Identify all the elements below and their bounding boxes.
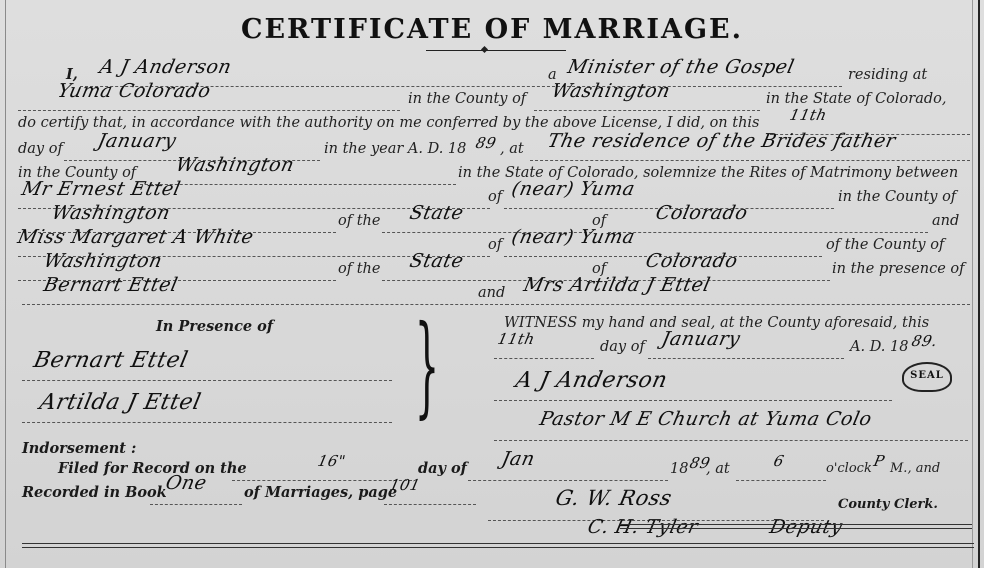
line9-of-the: of the — [338, 258, 380, 280]
witness-ad: A. D. 18 — [850, 336, 908, 358]
filed-prefix: Filed for Record on the — [58, 458, 247, 480]
indorsement-label: Indorsement : — [22, 438, 136, 460]
seal-emblem: SEAL — [902, 362, 952, 392]
certificate-page: CERTIFICATE OF MARRIAGE. I, A J Anderson… — [0, 0, 984, 568]
witness-year-suffix: 89. — [910, 332, 939, 350]
filed-month: Jan — [500, 448, 537, 470]
officiant-office: Pastor M E Church at Yuma Colo — [538, 408, 874, 430]
footer-rule-top — [22, 543, 974, 544]
line9-suffix: in the presence of — [832, 258, 965, 280]
bride-residence: (near) Yuma — [510, 226, 637, 248]
witness-month: January — [660, 328, 743, 350]
day-value: 11th — [788, 106, 829, 124]
title-ornament-diamond — [481, 46, 488, 53]
deputy-rule-bottom — [620, 528, 972, 529]
presence-brace: } — [415, 310, 440, 420]
year-suffix: 89 — [474, 134, 498, 152]
line4-at: , at — [500, 138, 524, 160]
ceremony-witness-2: Mrs Artilda J Ettel — [522, 274, 713, 296]
witness-day: 11th — [496, 330, 537, 348]
bride-state-word: State — [408, 250, 466, 272]
recorded-prefix: Recorded in Book — [22, 482, 167, 504]
line10-and: and — [478, 282, 505, 304]
filed-month-field — [468, 458, 668, 481]
officiant-title: Minister of the Gospel — [566, 56, 797, 78]
left-border — [5, 0, 6, 568]
groom-name: Mr Ernest Ettel — [20, 178, 183, 200]
page-value: 101 — [388, 476, 422, 494]
line7-of-the: of the — [338, 210, 380, 232]
ceremony-witness-1: Bernart Ettel — [42, 274, 180, 296]
month-value: January — [96, 130, 179, 152]
filed-m-and: M., and — [890, 458, 940, 480]
filed-day-of: day of — [418, 458, 467, 480]
groom-county: Washington — [50, 202, 173, 224]
groom-state-word: State — [408, 202, 466, 224]
clerk-title: County Clerk. — [838, 494, 938, 516]
bride-name: Miss Margaret A White — [16, 226, 256, 248]
bride-county: Washington — [42, 250, 165, 272]
groom-residence: (near) Yuma — [510, 178, 637, 200]
title-ornament-rule — [426, 50, 566, 51]
deputy-title: Deputy — [768, 516, 845, 538]
line8-suffix: of the County of — [826, 234, 944, 256]
book-value: One — [164, 472, 209, 494]
line2-mid: in the County of — [408, 88, 526, 110]
footer-rule-bottom — [22, 547, 974, 548]
clerk-signature: G. W. Ross — [553, 486, 674, 510]
county-1: Washington — [550, 80, 673, 102]
ceremony-place: The residence of the Brides father — [546, 130, 898, 152]
line6-suffix: in the County of — [838, 186, 956, 208]
deputy-rule-top — [620, 524, 972, 525]
line6-of: of — [488, 186, 502, 208]
bride-state: Colorado — [644, 250, 740, 272]
deputy-signature: C. H. Tyler — [586, 516, 701, 538]
presence-witness-1: Bernart Ettel — [31, 348, 190, 373]
officiant-name: A J Anderson — [98, 56, 234, 78]
county-2: Washington — [174, 154, 297, 176]
line4-prefix: day of — [18, 138, 63, 160]
filed-meridiem: P — [872, 452, 886, 470]
presence-witness-2: Artilda J Ettel — [37, 390, 203, 415]
line8-of: of — [488, 234, 502, 256]
officiant-residence: Yuma Colorado — [56, 80, 213, 102]
recorded-mid: of Marriages, page — [244, 482, 397, 504]
filed-oclock: o'clock — [826, 458, 872, 480]
officiant-signature: A J Anderson — [513, 368, 669, 393]
presence-label: In Presence of — [156, 316, 273, 338]
right-border — [978, 0, 980, 568]
filed-year-prefix: 18 — [670, 458, 688, 480]
witness-day-of: day of — [600, 336, 645, 358]
groom-state: Colorado — [654, 202, 750, 224]
line7-and: and — [932, 210, 959, 232]
certificate-title: CERTIFICATE OF MARRIAGE. — [172, 14, 812, 45]
right-border-inner — [972, 0, 973, 568]
line4-mid: in the year A. D. 18 — [324, 138, 466, 160]
filed-at: , at — [706, 458, 730, 480]
line1-suffix: residing at — [848, 64, 927, 86]
filed-day: 16" — [316, 452, 347, 470]
